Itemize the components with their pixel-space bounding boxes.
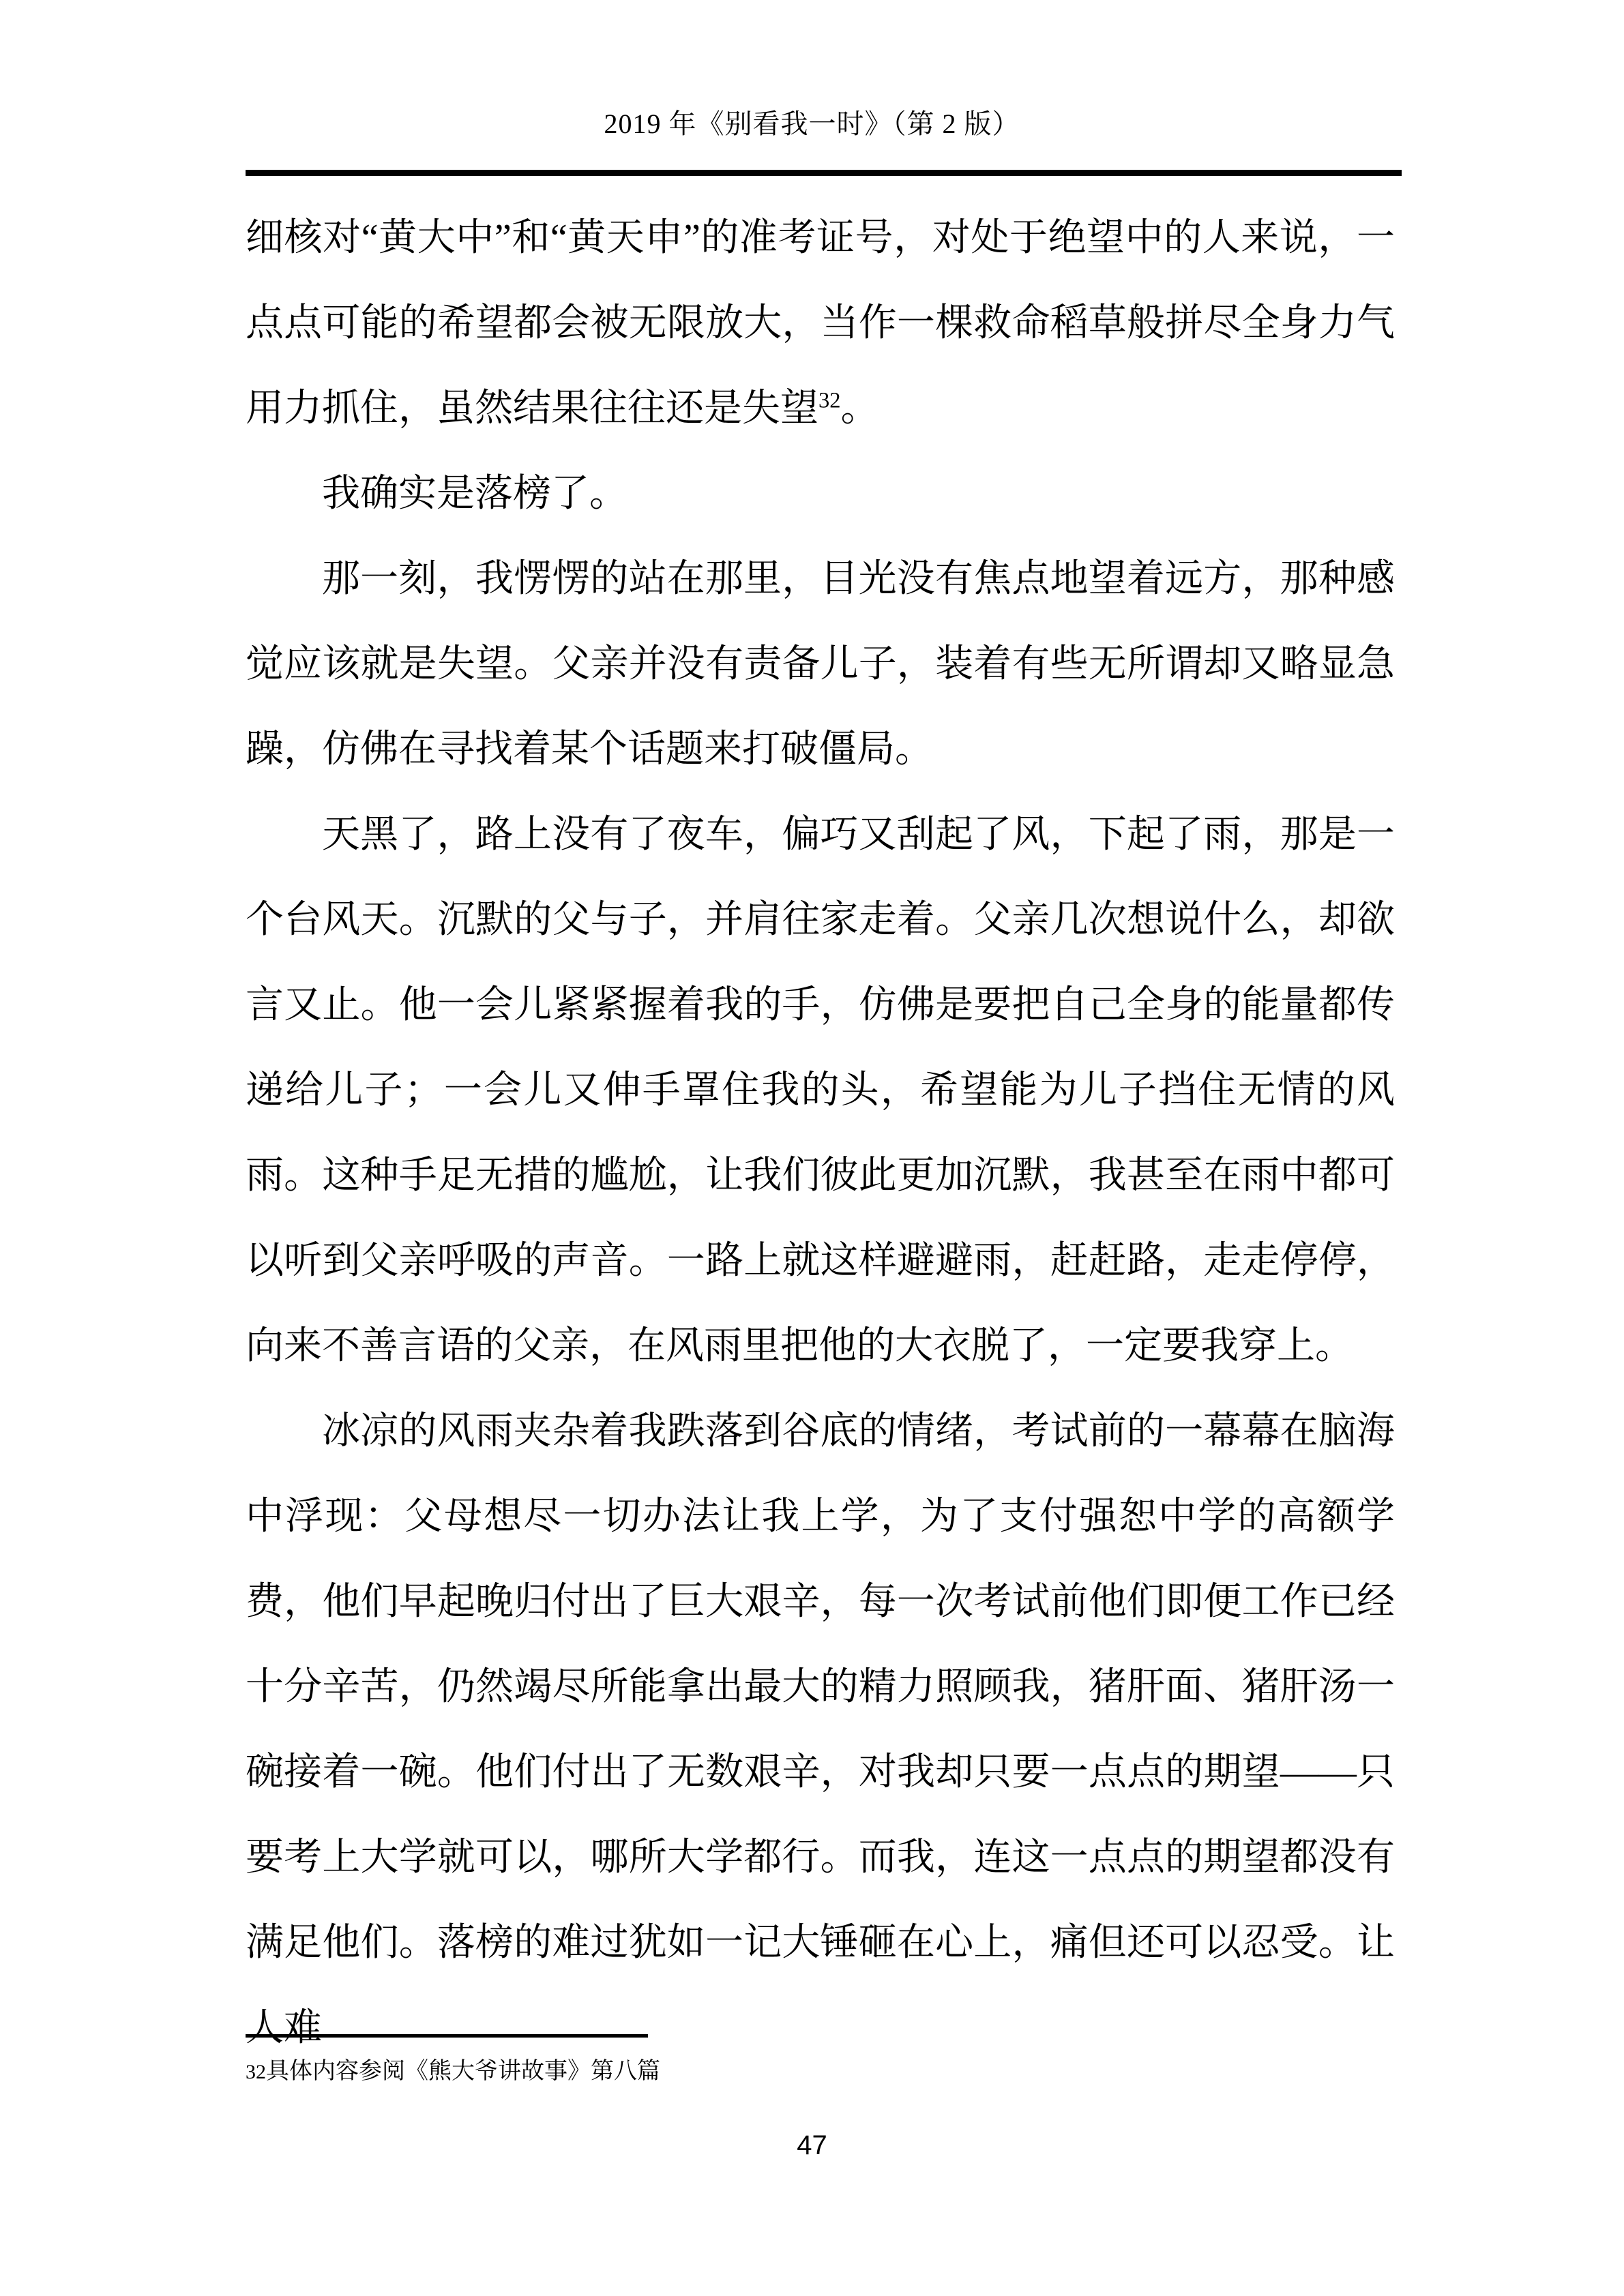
paragraph-2: 我确实是落榜了。	[246, 451, 1395, 537]
footnote: 32具体内容参阅《熊大爷讲故事》第八篇	[246, 2055, 1395, 2088]
paragraph-3: 那一刻，我愣愣的站在那里，目光没有焦点地望着远方，那种感觉应该就是失望。父亲并没…	[246, 537, 1395, 792]
document-body: 细核对“黄大中”和“黄天申”的准考证号，对处于绝望中的人来说，一点点可能的希望都…	[246, 196, 1395, 2071]
page-number: 47	[0, 2130, 1624, 2161]
paragraph-1: 细核对“黄大中”和“黄天申”的准考证号，对处于绝望中的人来说，一点点可能的希望都…	[246, 196, 1395, 451]
footnote-number: 32	[246, 2061, 266, 2083]
footnote-reference-mark: 32	[818, 388, 840, 413]
paragraph-5: 冰凉的风雨夹杂着我跌落到谷底的情绪，考试前的一幕幕在脑海中浮现：父母想尽一切办法…	[246, 1389, 1395, 2071]
header-rule	[246, 170, 1402, 176]
paragraph-1-text-after-ref: 。	[840, 387, 879, 430]
paragraph-4: 天黑了，路上没有了夜车，偏巧又刮起了风，下起了雨，那是一个台风天。沉默的父与子，…	[246, 792, 1395, 1389]
footnote-text: 具体内容参阅《熊大爷讲故事》第八篇	[266, 2059, 660, 2084]
document-page: 2019 年《别看我一时》（第 2 版） 细核对“黄大中”和“黄天申”的准考证号…	[0, 0, 1624, 2296]
footnote-separator	[246, 2034, 648, 2038]
page-header-title: 2019 年《别看我一时》（第 2 版）	[0, 108, 1624, 140]
